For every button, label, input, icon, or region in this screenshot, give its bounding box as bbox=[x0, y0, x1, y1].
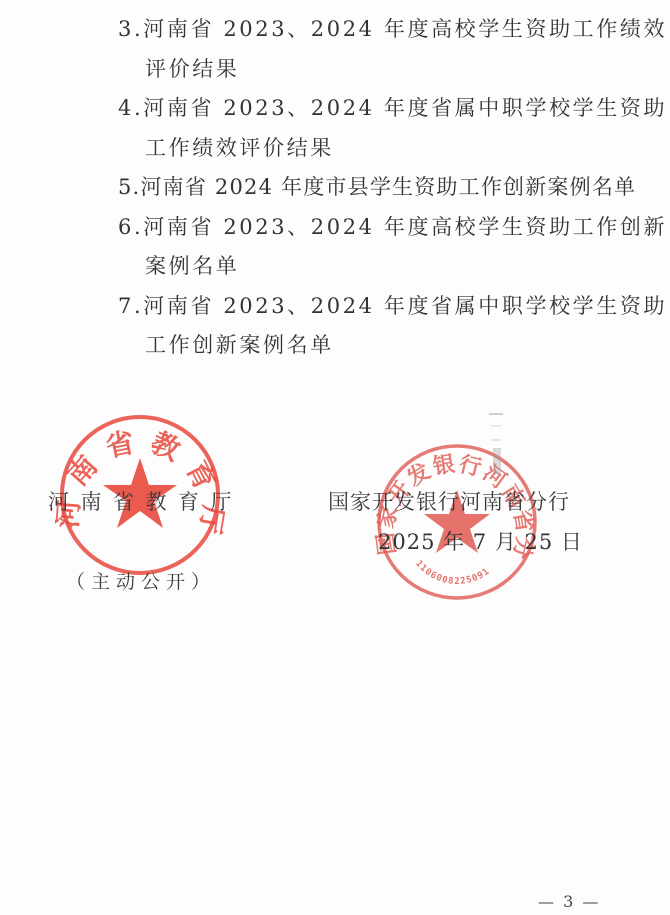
item-text: 河南省 2023、2024 年度高校学生资助工作创新 bbox=[143, 215, 667, 239]
item-number: 5. bbox=[118, 175, 140, 199]
attachment-list: 3.河南省 2023、2024 年度高校学生资助工作绩效 评价结果 4.河南省 … bbox=[118, 10, 618, 366]
item-text: 河南省 2023、2024 年度省属中职学校学生资助 bbox=[143, 294, 667, 318]
attachment-item-3: 3.河南省 2023、2024 年度高校学生资助工作绩效 评价结果 bbox=[118, 10, 618, 89]
item-text-cont: 评价结果 bbox=[118, 50, 618, 90]
document-page: 3.河南省 2023、2024 年度高校学生资助工作绩效 评价结果 4.河南省 … bbox=[0, 0, 670, 915]
item-text-cont: 工作绩效评价结果 bbox=[118, 129, 618, 169]
perforation-mark bbox=[487, 408, 505, 478]
signatory-education-department: 河南省教育厅 bbox=[48, 486, 243, 516]
svg-text:1106008225091: 1106008225091 bbox=[413, 559, 492, 587]
item-number: 3. bbox=[118, 17, 143, 41]
disclosure-status: （主动公开） bbox=[66, 567, 216, 594]
bank-branch-seal: 国家开发银行河南省分行 1106008225091 bbox=[370, 440, 550, 600]
item-text-cont: 工作创新案例名单 bbox=[118, 326, 618, 366]
item-text: 河南省 2023、2024 年度省属中职学校学生资助 bbox=[143, 96, 667, 120]
issue-date: 2025 年 7 月 25 日 bbox=[378, 526, 583, 556]
item-number: 7. bbox=[118, 294, 143, 318]
attachment-item-5: 5.河南省 2024 年度市县学生资助工作创新案例名单 bbox=[118, 168, 618, 208]
item-text: 河南省 2024 年度市县学生资助工作创新案例名单 bbox=[140, 175, 636, 199]
item-text-cont: 案例名单 bbox=[118, 247, 618, 287]
item-number: 6. bbox=[118, 215, 143, 239]
page-number: — 3 — bbox=[538, 892, 600, 911]
attachment-item-6: 6.河南省 2023、2024 年度高校学生资助工作创新 案例名单 bbox=[118, 208, 618, 287]
attachment-item-7: 7.河南省 2023、2024 年度省属中职学校学生资助 工作创新案例名单 bbox=[118, 287, 618, 366]
attachment-item-4: 4.河南省 2023、2024 年度省属中职学校学生资助 工作绩效评价结果 bbox=[118, 89, 618, 168]
item-text: 河南省 2023、2024 年度高校学生资助工作绩效 bbox=[143, 17, 667, 41]
item-number: 4. bbox=[118, 96, 143, 120]
signatory-bank-branch: 国家开发银行河南省分行 bbox=[328, 486, 570, 516]
